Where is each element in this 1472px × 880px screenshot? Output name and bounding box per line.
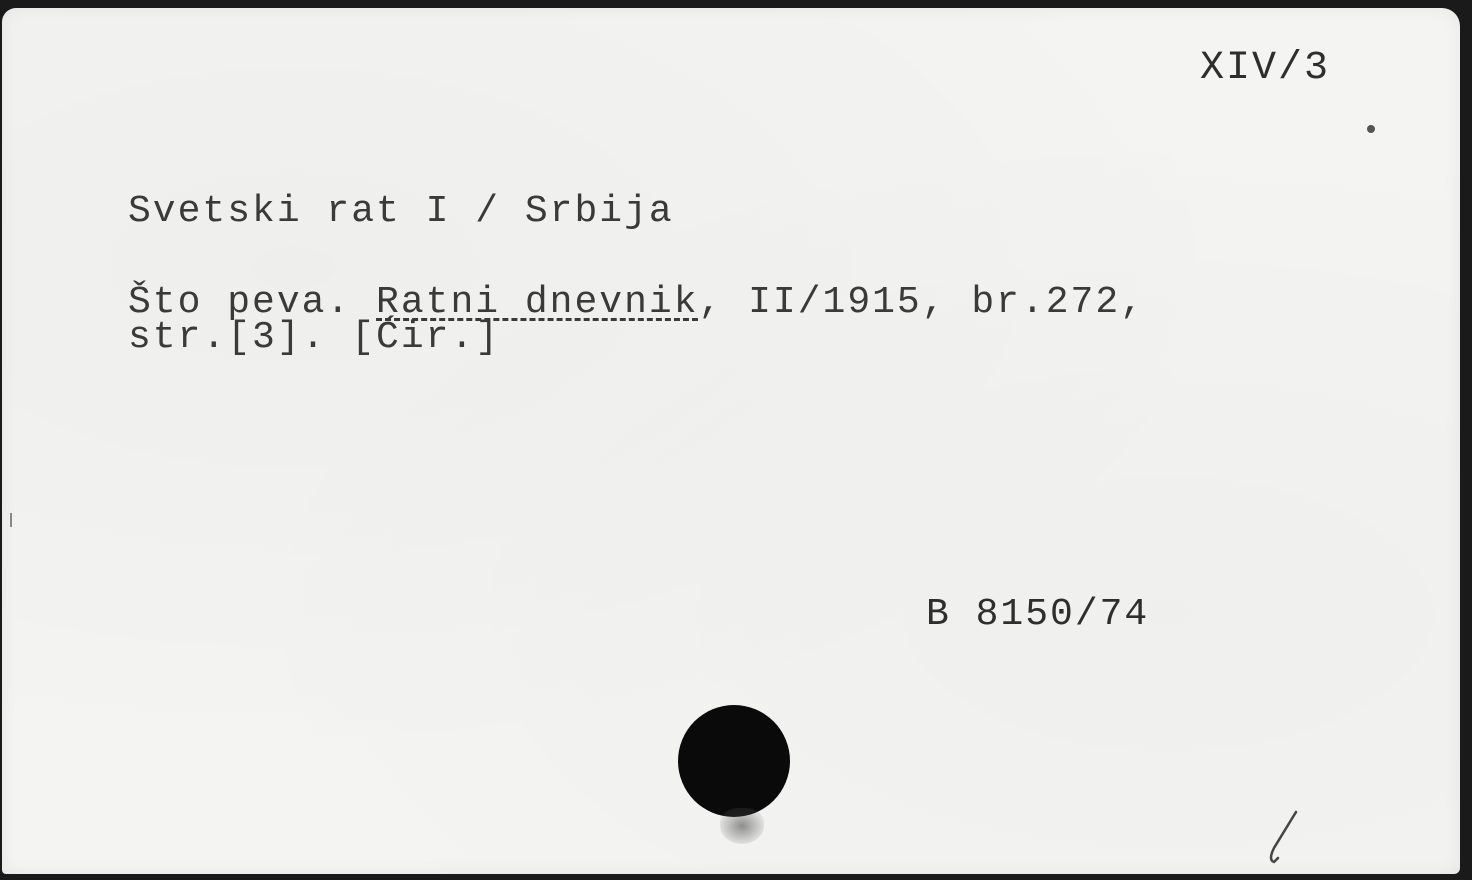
punch-hole-shadow <box>720 808 764 844</box>
entry-line-2: str.[3]. [Ćir.] <box>128 316 500 359</box>
source-details: , II/1915, br.272, <box>699 281 1145 324</box>
punch-hole <box>678 705 790 817</box>
script-note: [Ćir.] <box>351 316 500 359</box>
accession-number: B 8150/74 <box>926 593 1149 636</box>
pencil-check-mark <box>1264 808 1304 868</box>
edge-mark <box>10 513 12 527</box>
call-number: XIV/3 <box>1200 46 1330 91</box>
catalog-card: XIV/3 Svetski rat I / Srbija Što peva. R… <box>2 8 1460 874</box>
ink-dot <box>1367 125 1375 133</box>
entry-pages: str.[3]. <box>128 316 326 359</box>
subject-heading: Svetski rat I / Srbija <box>128 190 674 233</box>
